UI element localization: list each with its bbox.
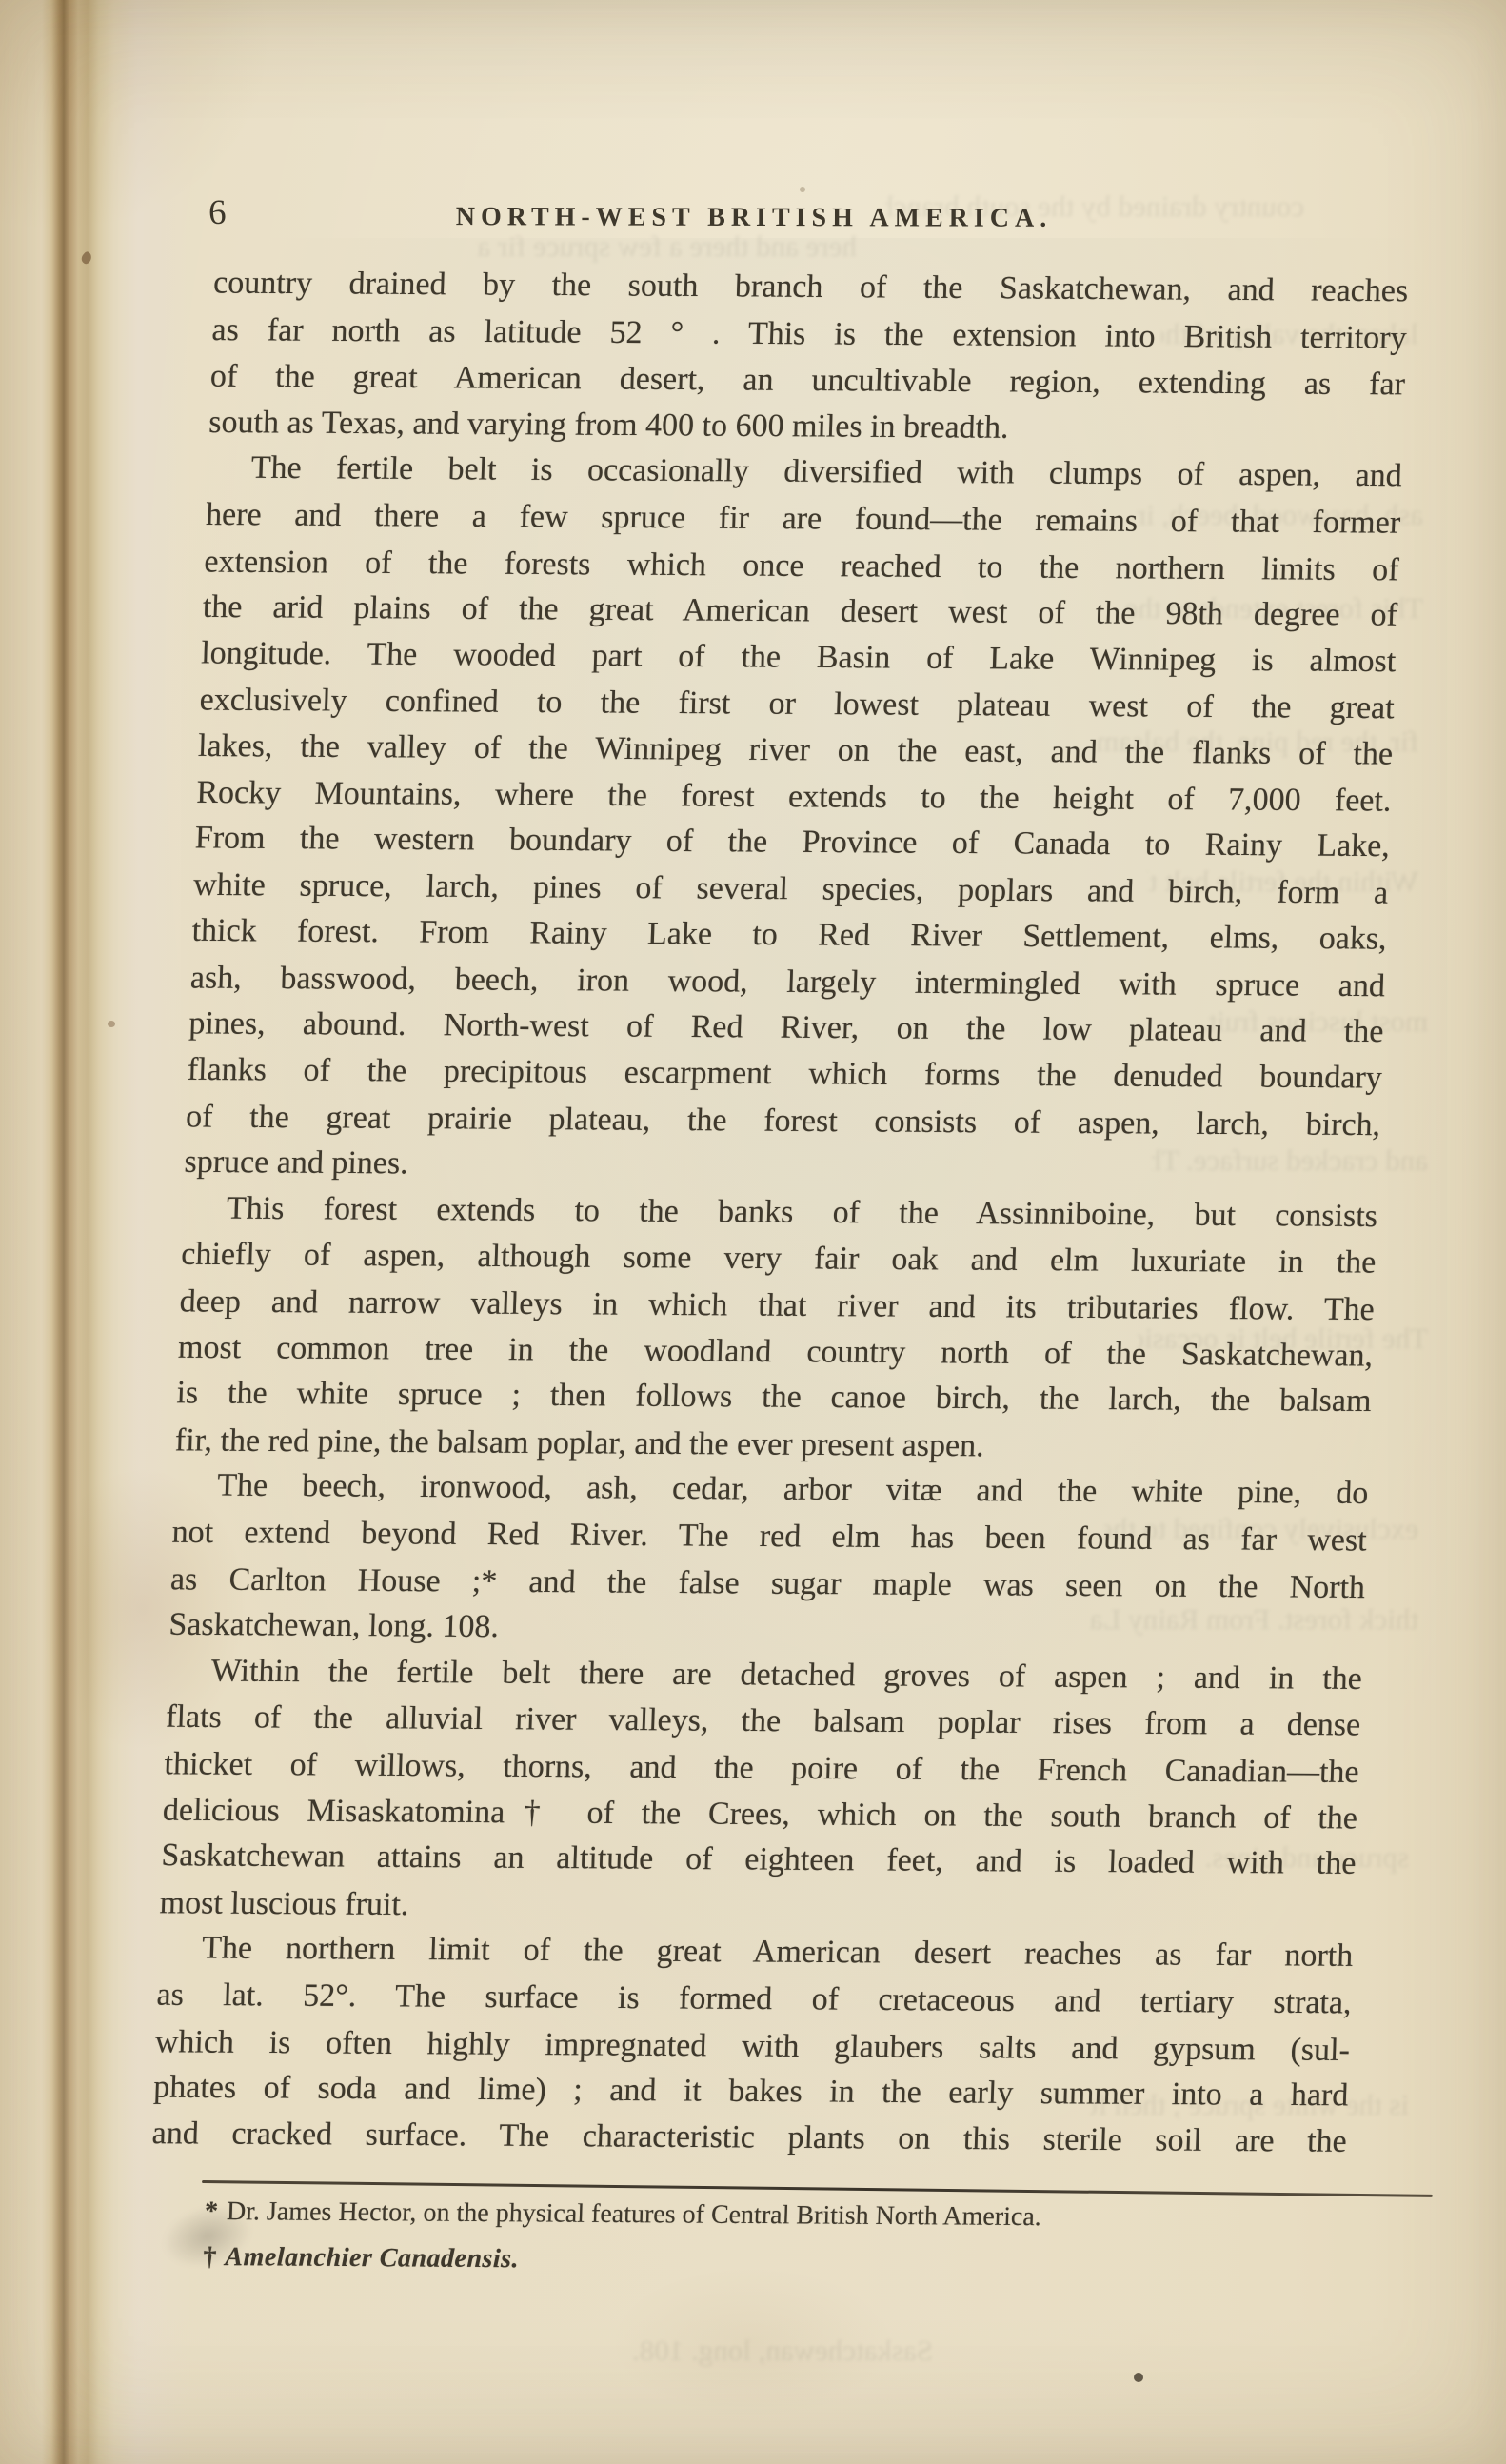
paragraph: country drained by the south branch of t… — [208, 261, 1409, 454]
text-line: longitude. The wooded part of the Basin … — [201, 630, 1397, 685]
page-content: country drained by the south branch of t… — [148, 261, 1409, 2289]
scanned-page: country drained by the south branch of t… — [0, 0, 1506, 2464]
text-line: white spruce, larch, pines of several sp… — [192, 863, 1389, 917]
footnote: *Dr. James Hector, on the physical featu… — [204, 2189, 1345, 2242]
text-line: thicket of willows, thorns, and the poir… — [164, 1741, 1360, 1796]
footnotes: *Dr. James Hector, on the physical featu… — [148, 2189, 1345, 2289]
text-line: of the great prairie plateau, the forest… — [185, 1094, 1381, 1148]
text-line: as far north as latitude 52 ° . This is … — [211, 308, 1408, 362]
text-line: extension of the forests which once reac… — [204, 539, 1400, 593]
text-line: deep and narrow valleys in which that ri… — [179, 1279, 1376, 1333]
paragraph: The fertile belt is occasionally diversi… — [184, 446, 1403, 1194]
footnote-text: Dr. James Hector, on the physical featur… — [227, 2196, 1042, 2232]
paper-speck — [800, 187, 805, 192]
text-line: flats of the alluvial river valleys, the… — [165, 1695, 1361, 1749]
running-header: NORTH-WEST BRITISH AMERICA. — [217, 202, 1291, 235]
text-line: Saskatchewan attains an altitude of eigh… — [161, 1833, 1357, 1887]
page-body: country drained by the south branch of t… — [151, 261, 1409, 2166]
paragraph: The beech, ironwood, ash, cedar, arbor v… — [168, 1463, 1369, 1657]
text-line: lakes, the valley of the Winnipeg river … — [197, 724, 1394, 778]
footnote: †Amelanchier Canadensis. — [203, 2235, 1344, 2288]
paper-speck — [108, 1021, 115, 1027]
text-line: From the western boundary of the Provinc… — [194, 816, 1391, 870]
text-line: not extend beyond Red River. The red elm… — [171, 1510, 1368, 1564]
text-line: thick forest. From Rainy Lake to Red Riv… — [191, 908, 1388, 963]
text-line: is the white spruce ; then follows the c… — [176, 1371, 1373, 1425]
text-line: pines, abound. North-west of Red River, … — [188, 1001, 1385, 1055]
text-line: as lat. 52°. The surface is formed of cr… — [156, 1973, 1353, 2027]
bleed-through-text: Saskatchewan, long. 108. — [533, 2331, 933, 2371]
text-line: exclusively confined to the first or low… — [199, 678, 1396, 732]
text-line: and cracked surface. The characteristic … — [151, 2111, 1348, 2165]
text-line: flanks of the precipitous escarpment whi… — [187, 1047, 1383, 1102]
footnote-marker: † — [203, 2242, 217, 2272]
paragraph: The northern limit of the great American… — [151, 1926, 1354, 2166]
footnote-marker: * — [205, 2196, 219, 2226]
text-line: The fertile belt is occasionally diversi… — [207, 446, 1403, 500]
text-line: which is often highly impregnated with g… — [154, 2019, 1351, 2074]
paper-speck — [1134, 2373, 1143, 2382]
text-line: here and there a few spruce fir are foun… — [205, 492, 1401, 546]
text-line: This forest extends to the banks of the … — [182, 1185, 1378, 1240]
paragraph: This forest extends to the banks of the … — [174, 1186, 1378, 1472]
paragraph: Within the fertile belt there are detach… — [159, 1649, 1363, 1935]
text-line: of the great American desert, an unculti… — [209, 354, 1406, 408]
text-line: chiefly of aspen, although some very fai… — [181, 1232, 1377, 1286]
text-line: The northern limit of the great American… — [157, 1926, 1354, 1980]
text-line: as Carlton House ;* and the false sugar … — [169, 1557, 1366, 1611]
footnote-text: Amelanchier Canadensis. — [225, 2242, 520, 2274]
text-line: Within the fertile belt there are detach… — [167, 1648, 1363, 1702]
text-line: country drained by the south branch of t… — [212, 261, 1409, 315]
text-line: The beech, ironwood, ash, cedar, arbor v… — [173, 1463, 1370, 1518]
